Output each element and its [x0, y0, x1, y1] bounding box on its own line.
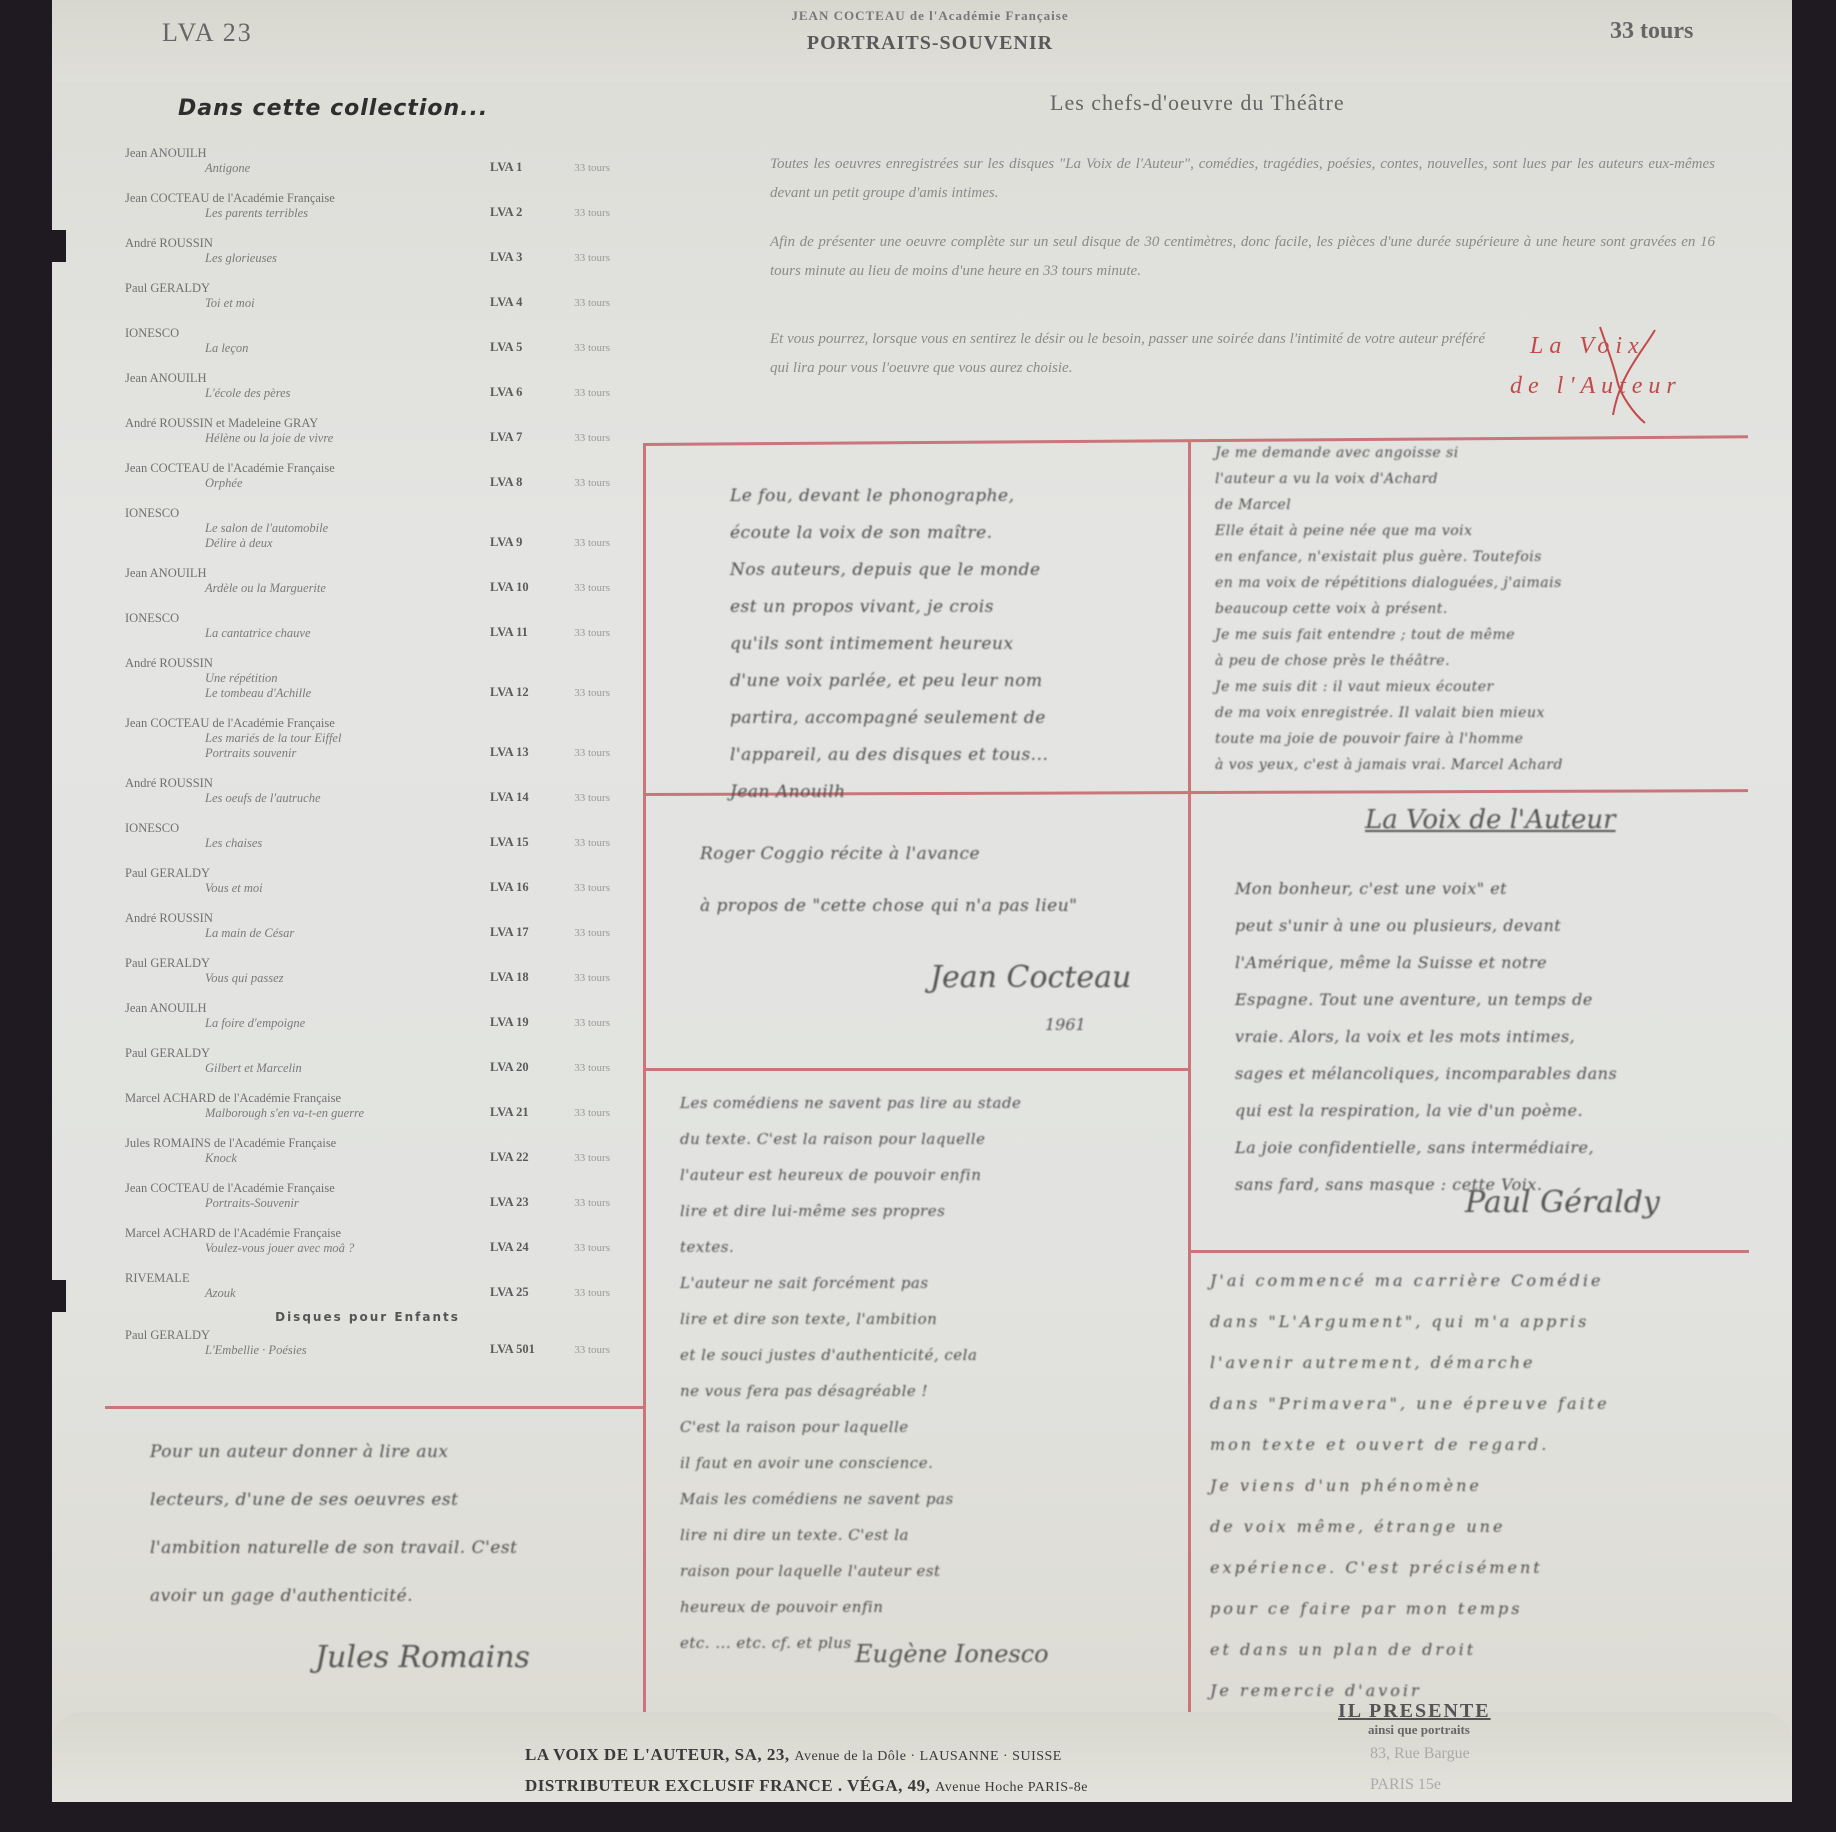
- signature-geraldy: Paul Géraldy: [1465, 1185, 1660, 1220]
- handwritten-line: L'auteur ne sait forcément pas: [680, 1265, 1180, 1301]
- collection-entry: André ROUSSINLes oeufs de l'autrucheLVA …: [125, 776, 610, 806]
- entry-author: Jean ANOUILH: [125, 1001, 610, 1016]
- entry-author: RIVEMALE: [125, 1271, 610, 1286]
- handwritten-line: de ma voix enregistrée. Il valait bien m…: [1215, 700, 1735, 726]
- handwritten-line: l'ambition naturelle de son travail. C'e…: [150, 1524, 620, 1572]
- collection-entry: Jean ANOUILHArdèle ou la MargueriteLVA 1…: [125, 566, 610, 596]
- stamp-text: IL PRESENTE: [1338, 1700, 1491, 1723]
- entry-reference: LVA 2533 tours: [490, 1285, 610, 1301]
- entry-author: André ROUSSIN: [125, 776, 610, 791]
- entry-author: Jules ROMAINS de l'Académie Française: [125, 1136, 610, 1151]
- handwritten-line: l'auteur est heureux de pouvoir enfin: [680, 1157, 1180, 1193]
- handwritten-line: est un propos vivant, je crois: [730, 589, 1170, 626]
- collection-entry: Jean COCTEAU de l'Académie FrançaisePort…: [125, 1181, 610, 1211]
- entry-author: Jean COCTEAU de l'Académie Française: [125, 716, 610, 731]
- publisher-street: Avenue de la Dôle · LAUSANNE · SUISSE: [794, 1749, 1061, 1764]
- handwritten-line: toute ma joie de pouvoir faire à l'homme: [1215, 726, 1735, 752]
- handwritten-line: l'Amérique, même la Suisse et notre: [1235, 944, 1735, 981]
- entry-author: Paul GERALDY: [125, 1046, 610, 1061]
- collection-entry: André ROUSSINLa main de CésarLVA 1733 to…: [125, 911, 610, 941]
- sleeve-notch: [52, 230, 66, 262]
- distributor-address: DISTRIBUTEUR EXCLUSIF FRANCE . VÉGA, 49,…: [525, 1776, 1088, 1796]
- handwritten-line: Pour un auteur donner à lire aux: [150, 1428, 620, 1476]
- handwritten-line: J'ai commencé ma carrière Comédie: [1210, 1260, 1750, 1301]
- handwritten-line: vraie. Alors, la voix et les mots intime…: [1235, 1018, 1735, 1055]
- handwritten-line: du texte. C'est la raison pour laquelle: [680, 1121, 1180, 1157]
- entry-author: André ROUSSIN: [125, 911, 610, 926]
- entry-reference: LVA 1133 tours: [490, 625, 610, 641]
- entry-author: Jean COCTEAU de l'Académie Française: [125, 191, 610, 206]
- collection-entry: Jean ANOUILHL'école des pèresLVA 633 tou…: [125, 371, 610, 401]
- signature-romains: Jules Romains: [315, 1640, 530, 1675]
- handwritten-line: et dans un plan de droit: [1210, 1629, 1750, 1670]
- handwritten-line: La joie confidentielle, sans intermédiai…: [1235, 1129, 1735, 1166]
- handwritten-line: l'avenir autrement, démarche: [1210, 1342, 1750, 1383]
- handwritten-line: qui est la respiration, la vie d'un poèm…: [1235, 1092, 1735, 1129]
- entry-reference: LVA 533 tours: [490, 340, 610, 356]
- entry-author: IONESCO: [125, 326, 610, 341]
- kids-section-heading: Disques pour Enfants: [125, 1310, 610, 1324]
- collection-entry: Paul GERALDYToi et moiLVA 433 tours: [125, 281, 610, 311]
- collection-entry: Marcel ACHARD de l'Académie FrançaiseVou…: [125, 1226, 610, 1256]
- handwritten-line: lire et dire lui-même ses propres: [680, 1193, 1180, 1229]
- entry-reference: LVA 2333 tours: [490, 1195, 610, 1211]
- handwritten-line: Je me demande avec angoisse si: [1215, 440, 1735, 466]
- grid-rule: [643, 443, 646, 1713]
- handwritten-line: mon texte et ouvert de regard.: [1210, 1424, 1750, 1465]
- handwritten-line: en ma voix de répétitions dialoguées, j'…: [1215, 570, 1735, 596]
- handwritten-line: écoute la voix de son maître.: [730, 515, 1170, 552]
- entry-reference: LVA 1033 tours: [490, 580, 610, 596]
- handwritten-note-anouilh: Le fou, devant le phonographe,écoute la …: [730, 478, 1170, 811]
- handwritten-line: qu'ils sont intimement heureux: [730, 626, 1170, 663]
- entry-author: Jean ANOUILH: [125, 146, 610, 161]
- note-date: 1961: [1045, 1015, 1086, 1034]
- voix-auteur-logo: La Voix de l'Auteur: [1505, 325, 1735, 425]
- handwritten-note-romains: Pour un auteur donner à lire auxlecteurs…: [150, 1428, 620, 1620]
- distributor-street: Avenue Hoche PARIS-8e: [935, 1780, 1088, 1795]
- faded-city: PARIS 15e: [1370, 1776, 1441, 1794]
- distributor-name: DISTRIBUTEUR EXCLUSIF FRANCE . VÉGA, 49,: [525, 1776, 930, 1795]
- handwritten-line: à peu de chose près le théâtre.: [1215, 648, 1735, 674]
- entry-reference: LVA 1833 tours: [490, 970, 610, 986]
- entry-author: Paul GERALDY: [125, 281, 610, 296]
- handwritten-line: l'auteur a vu la voix d'Achard: [1215, 466, 1735, 492]
- collection-entry: André ROUSSINUne répétitionLe tombeau d'…: [125, 656, 610, 701]
- handwritten-line: Je me suis fait entendre ; tout de même: [1215, 622, 1735, 648]
- entry-reference: LVA 833 tours: [490, 475, 610, 491]
- handwritten-note-ionesco: Les comédiens ne savent pas lire au stad…: [680, 1085, 1180, 1661]
- collection-entry: Paul GERALDYL'Embellie · PoésiesLVA 5013…: [125, 1328, 610, 1358]
- handwritten-line: beaucoup cette voix à présent.: [1215, 596, 1735, 622]
- entry-reference: LVA 733 tours: [490, 430, 610, 446]
- entry-author: Jean ANOUILH: [125, 371, 610, 386]
- handwritten-line: dans "L'Argument", qui m'a appris: [1210, 1301, 1750, 1342]
- collection-entry: Jean ANOUILHAntigoneLVA 133 tours: [125, 146, 610, 176]
- handwritten-line: avoir un gage d'authenticité.: [150, 1572, 620, 1620]
- entry-author: Jean ANOUILH: [125, 566, 610, 581]
- entry-reference: LVA 633 tours: [490, 385, 610, 401]
- geraldy-heading: La Voix de l'Auteur: [1365, 805, 1616, 835]
- handwritten-line: lire et dire son texte, l'ambition: [680, 1301, 1180, 1337]
- collection-entry: Jean COCTEAU de l'Académie FrançaiseOrph…: [125, 461, 610, 491]
- handwritten-line: Espagne. Tout une aventure, un temps de: [1235, 981, 1735, 1018]
- handwritten-line: l'appareil, au des disques et tous...: [730, 737, 1170, 774]
- signature-ionesco: Eugène Ionesco: [855, 1640, 1049, 1668]
- collection-entry: Marcel ACHARD de l'Académie FrançaiseMal…: [125, 1091, 610, 1121]
- entry-reference: LVA 50133 tours: [490, 1342, 610, 1358]
- collection-entry: IONESCOLa leçonLVA 533 tours: [125, 326, 610, 356]
- entry-reference: LVA 433 tours: [490, 295, 610, 311]
- handwritten-line: en enfance, n'existait plus guère. Toute…: [1215, 544, 1735, 570]
- handwritten-line: à vos yeux, c'est à jamais vrai. Marcel …: [1215, 752, 1735, 778]
- entry-reference: LVA 233 tours: [490, 205, 610, 221]
- handwritten-line: il faut en avoir une conscience.: [680, 1445, 1180, 1481]
- handwritten-line: sages et mélancoliques, incomparables da…: [1235, 1055, 1735, 1092]
- entry-reference: LVA 2133 tours: [490, 1105, 610, 1121]
- grid-rule: [1189, 1250, 1749, 1253]
- handwritten-line: Je me suis dit : il vaut mieux écouter: [1215, 674, 1735, 700]
- handwritten-line: expérience. C'est précisément: [1210, 1547, 1750, 1588]
- entry-author: André ROUSSIN et Madeleine GRAY: [125, 416, 610, 431]
- collection-heading: Dans cette collection...: [178, 96, 488, 121]
- handwritten-note-cocteau: Roger Coggio récite à l'avanceà propos d…: [700, 828, 1170, 932]
- entry-reference: LVA 1933 tours: [490, 1015, 610, 1031]
- handwritten-line: Les comédiens ne savent pas lire au stad…: [680, 1085, 1180, 1121]
- entry-reference: LVA 1233 tours: [490, 685, 610, 701]
- entry-author: IONESCO: [125, 611, 610, 626]
- collection-entry: Paul GERALDYVous et moiLVA 1633 tours: [125, 866, 610, 896]
- intro-paragraph: Et vous pourrez, lorsque vous en sentire…: [770, 325, 1485, 383]
- entry-author: André ROUSSIN: [125, 656, 610, 671]
- collection-entry: IONESCOLe salon de l'automobileDélire à …: [125, 506, 610, 551]
- collection-entry: Jules ROMAINS de l'Académie FrançaiseKno…: [125, 1136, 610, 1166]
- publisher-address: LA VOIX DE L'AUTEUR, SA, 23, Avenue de l…: [525, 1745, 1062, 1765]
- handwritten-line: Roger Coggio récite à l'avance: [700, 828, 1170, 880]
- collection-entry: Paul GERALDYVous qui passezLVA 1833 tour…: [125, 956, 610, 986]
- handwritten-line: pour ce faire par mon temps: [1210, 1588, 1750, 1629]
- entry-reference: LVA 2033 tours: [490, 1060, 610, 1076]
- grid-rule: [105, 1406, 645, 1409]
- publisher-name: LA VOIX DE L'AUTEUR, SA, 23,: [525, 1745, 790, 1764]
- handwritten-line: lire ni dire un texte. C'est la: [680, 1517, 1180, 1553]
- entry-reference: LVA 1533 tours: [490, 835, 610, 851]
- theatre-heading: Les chefs-d'oeuvre du Théâtre: [1050, 90, 1345, 116]
- entry-reference: LVA 1433 tours: [490, 790, 610, 806]
- entry-reference: LVA 2233 tours: [490, 1150, 610, 1166]
- handwritten-note-achard: Je me demande avec angoisse sil'auteur a…: [1215, 440, 1735, 778]
- handwritten-line: textes.: [680, 1229, 1180, 1265]
- handwritten-line: d'une voix parlée, et peu leur nom: [730, 663, 1170, 700]
- handwritten-line: à propos de "cette chose qui n'a pas lie…: [700, 880, 1170, 932]
- handwritten-line: Elle était à peine née que ma voix: [1215, 518, 1735, 544]
- collection-entry: Jean COCTEAU de l'Académie FrançaiseLes …: [125, 716, 610, 761]
- entry-author: Jean COCTEAU de l'Académie Française: [125, 1181, 610, 1196]
- entry-work: Les mariés de la tour Eiffel: [125, 731, 610, 746]
- faded-address: 83, Rue Bargue: [1370, 1745, 1470, 1763]
- entry-author: Paul GERALDY: [125, 956, 610, 971]
- collection-entry: IONESCOLes chaisesLVA 1533 tours: [125, 821, 610, 851]
- handwritten-note-geraldy: Mon bonheur, c'est une voix" etpeut s'un…: [1235, 870, 1735, 1203]
- handwritten-line: ne vous fera pas désagréable !: [680, 1373, 1180, 1409]
- intro-paragraph: Toutes les oeuvres enregistrées sur les …: [770, 150, 1715, 208]
- signature-cocteau: Jean Cocteau: [930, 960, 1131, 995]
- handwritten-line: C'est la raison pour laquelle: [680, 1409, 1180, 1445]
- handwritten-line: Mon bonheur, c'est une voix" et: [1235, 870, 1735, 907]
- stamp-subtext: ainsi que portraits: [1368, 1722, 1470, 1738]
- collection-list: Jean ANOUILHAntigoneLVA 133 toursJean CO…: [125, 146, 610, 1373]
- logo-line-2: de l'Auteur: [1510, 373, 1682, 400]
- record-speed: 33 tours: [1610, 18, 1693, 45]
- entry-author: Marcel ACHARD de l'Académie Française: [125, 1226, 610, 1241]
- header-subtitle: JEAN COCTEAU de l'Académie Française: [700, 8, 1160, 24]
- collection-entry: IONESCOLa cantatrice chauveLVA 1133 tour…: [125, 611, 610, 641]
- handwritten-line: de voix même, étrange une: [1210, 1506, 1750, 1547]
- entry-work: Une répétition: [125, 671, 610, 686]
- collection-entry: André ROUSSIN et Madeleine GRAYHélène ou…: [125, 416, 610, 446]
- entry-reference: LVA 333 tours: [490, 250, 610, 266]
- entry-reference: LVA 133 tours: [490, 160, 610, 176]
- entry-author: Marcel ACHARD de l'Académie Française: [125, 1091, 610, 1106]
- handwritten-line: raison pour laquelle l'auteur est: [680, 1553, 1180, 1589]
- entry-author: Jean COCTEAU de l'Académie Française: [125, 461, 610, 476]
- logo-line-1: La Voix: [1530, 333, 1645, 360]
- handwritten-line: peut s'unir à une ou plusieurs, devant: [1235, 907, 1735, 944]
- collection-entry: RIVEMALEAzoukLVA 2533 tours: [125, 1271, 610, 1301]
- collection-entry: André ROUSSINLes glorieusesLVA 333 tours: [125, 236, 610, 266]
- handwritten-line: Je viens d'un phénomène: [1210, 1465, 1750, 1506]
- handwritten-line: lecteurs, d'une de ses oeuvres est: [150, 1476, 620, 1524]
- handwritten-line: Nos auteurs, depuis que le monde: [730, 552, 1170, 589]
- handwritten-note-rivemale: J'ai commencé ma carrière Comédiedans "L…: [1210, 1260, 1750, 1711]
- entry-reference: LVA 1333 tours: [490, 745, 610, 761]
- entry-author: IONESCO: [125, 506, 610, 521]
- collection-entry: Jean COCTEAU de l'Académie FrançaiseLes …: [125, 191, 610, 221]
- handwritten-line: dans "Primavera", une épreuve faite: [1210, 1383, 1750, 1424]
- entry-reference: LVA 1733 tours: [490, 925, 610, 941]
- entry-reference: LVA 933 tours: [490, 535, 610, 551]
- entry-reference: LVA 2433 tours: [490, 1240, 610, 1256]
- grid-rule: [643, 1068, 1189, 1071]
- handwritten-line: Mais les comédiens ne savent pas: [680, 1481, 1180, 1517]
- entry-author: Paul GERALDY: [125, 866, 610, 881]
- grid-rule: [1188, 440, 1191, 1713]
- handwritten-line: et le souci justes d'authenticité, cela: [680, 1337, 1180, 1373]
- album-title: PORTRAITS-SOUVENIR: [700, 32, 1160, 55]
- entry-reference: LVA 1633 tours: [490, 880, 610, 896]
- entry-author: André ROUSSIN: [125, 236, 610, 251]
- intro-paragraph: Afin de présenter une oeuvre complète su…: [770, 228, 1715, 286]
- entry-author: Paul GERALDY: [125, 1328, 610, 1343]
- entry-work: Le salon de l'automobile: [125, 521, 610, 536]
- entry-author: IONESCO: [125, 821, 610, 836]
- handwritten-line: Jean Anouilh: [730, 774, 1170, 811]
- handwritten-line: Le fou, devant le phonographe,: [730, 478, 1170, 515]
- catalog-number: LVA 23: [162, 18, 253, 48]
- collection-entry: Paul GERALDYGilbert et MarcelinLVA 2033 …: [125, 1046, 610, 1076]
- handwritten-line: de Marcel: [1215, 492, 1735, 518]
- sleeve-notch: [52, 1280, 66, 1312]
- handwritten-line: heureux de pouvoir enfin: [680, 1589, 1180, 1625]
- collection-entry: Jean ANOUILHLa foire d'empoigneLVA 1933 …: [125, 1001, 610, 1031]
- handwritten-line: partira, accompagné seulement de: [730, 700, 1170, 737]
